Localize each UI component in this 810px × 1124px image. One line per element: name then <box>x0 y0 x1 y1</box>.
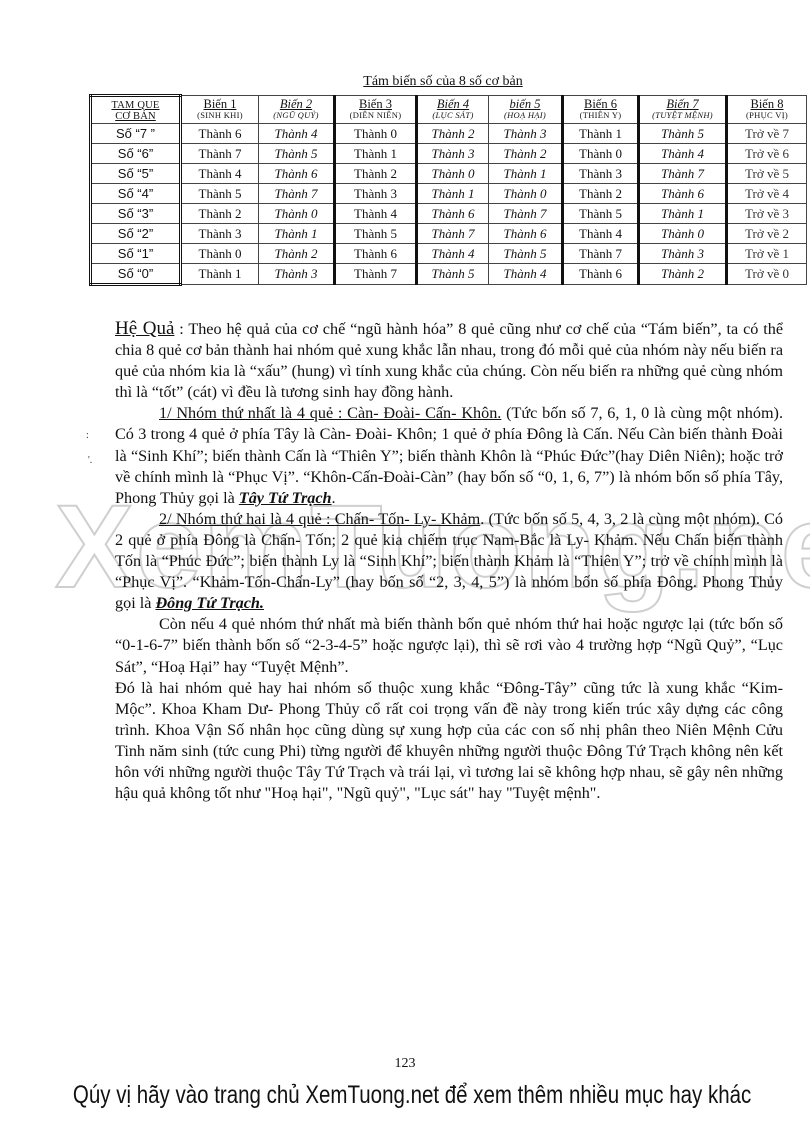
variation-cell: Thành 6 <box>259 164 335 184</box>
variation-cell: Thành 4 <box>563 224 639 244</box>
base-number-cell: Số “2” <box>91 224 181 244</box>
paragraph-group-2: 2/ Nhóm thứ hai là 4 quẻ : Chấn- Tốn- Ly… <box>115 509 783 614</box>
variation-cell: Thành 1 <box>417 184 489 204</box>
base-number-cell: Số “7 ” <box>91 124 181 144</box>
variation-cell: Thành 7 <box>335 264 417 285</box>
variation-cell: Trở về 5 <box>727 164 807 184</box>
variation-cell: Thành 6 <box>181 124 259 144</box>
variation-cell: Thành 0 <box>259 204 335 224</box>
variation-cell: Trở về 0 <box>727 264 807 285</box>
variation-cell: Thành 0 <box>335 124 417 144</box>
variation-cell: Thành 2 <box>489 144 563 164</box>
variation-cell: Thành 1 <box>335 144 417 164</box>
variation-cell: Thành 5 <box>181 184 259 204</box>
variation-cell: Thành 7 <box>181 144 259 164</box>
variation-cell: Thành 0 <box>417 164 489 184</box>
group-2-lead: 2/ Nhóm thứ hai là 4 quẻ : Chấn- Tốn- Ly… <box>159 510 480 528</box>
variation-cell: Thành 7 <box>259 184 335 204</box>
variation-cell: Thành 0 <box>563 144 639 164</box>
base-number-cell: Số “1” <box>91 244 181 264</box>
variation-cell: Thành 5 <box>639 124 727 144</box>
variation-cell: Thành 5 <box>335 224 417 244</box>
variation-cell: Thành 4 <box>335 204 417 224</box>
paragraph-cross-group: Còn nếu 4 quẻ nhóm thứ nhất mà biến thàn… <box>115 614 783 677</box>
variation-cell: Thành 2 <box>563 184 639 204</box>
header-bien-6: Biến 6(THIÊN Y) <box>563 96 639 124</box>
variation-cell: Thành 7 <box>639 164 727 184</box>
variation-cell: Thành 3 <box>335 184 417 204</box>
variation-cell: Trở về 4 <box>727 184 807 204</box>
variation-cell: Thành 3 <box>181 224 259 244</box>
variation-cell: Trở về 2 <box>727 224 807 244</box>
variation-cell: Thành 2 <box>181 204 259 224</box>
eight-variations-table: TAM QUE CƠ BẢN Biến 1(SINH KHI) Biến 2(N… <box>89 94 805 286</box>
group-1-lead: 1/ Nhóm thứ nhất là 4 quẻ : Càn- Đoài- C… <box>159 404 501 422</box>
variation-cell: Thành 5 <box>489 244 563 264</box>
variation-cell: Trở về 7 <box>727 124 807 144</box>
variation-cell: Thành 2 <box>639 264 727 285</box>
variation-cell: Thành 3 <box>563 164 639 184</box>
table-row: Số “2”Thành 3Thành 1Thành 5Thành 7Thành … <box>91 224 807 244</box>
variation-cell: Thành 3 <box>489 124 563 144</box>
variation-cell: Thành 1 <box>259 224 335 244</box>
paragraph-conclusion: Đó là hai nhóm quẻ hay hai nhóm số thuộc… <box>115 678 783 805</box>
variation-cell: Thành 0 <box>489 184 563 204</box>
term-dong-tu-trach: Đông Tứ Trạch. <box>155 594 263 612</box>
variation-cell: Thành 6 <box>417 204 489 224</box>
paragraph-group-1: 1/ Nhóm thứ nhất là 4 quẻ : Càn- Đoài- C… <box>115 403 783 508</box>
variation-cell: Thành 5 <box>417 264 489 285</box>
header-bien-8: Biến 8(PHỤC VỊ) <box>727 96 807 124</box>
variation-cell: Thành 7 <box>489 204 563 224</box>
footer-promo: Qúy vị hãy vào trang chủ XemTuong.net để… <box>73 1081 737 1110</box>
variations-table: TAM QUE CƠ BẢN Biến 1(SINH KHI) Biến 2(N… <box>89 94 807 286</box>
variation-cell: Trở về 6 <box>727 144 807 164</box>
header-bien-7: Biến 7(TUYỆT MỆNH) <box>639 96 727 124</box>
variation-cell: Thành 5 <box>259 144 335 164</box>
table-row: Số “5”Thành 4Thành 6Thành 2Thành 0Thành … <box>91 164 807 184</box>
base-number-cell: Số “4” <box>91 184 181 204</box>
variation-cell: Thành 7 <box>417 224 489 244</box>
variation-cell: Thành 4 <box>639 144 727 164</box>
margin-mark: : <box>86 430 89 441</box>
margin-mark: '. <box>88 455 92 466</box>
base-number-cell: Số “0” <box>91 264 181 285</box>
table-header-row: TAM QUE CƠ BẢN Biến 1(SINH KHI) Biến 2(N… <box>91 96 807 124</box>
base-number-cell: Số “5” <box>91 164 181 184</box>
variation-cell: Thành 3 <box>259 264 335 285</box>
variation-cell: Thành 1 <box>563 124 639 144</box>
variation-cell: Thành 0 <box>181 244 259 264</box>
term-tay-tu-trach: Tây Tứ Trạch <box>239 489 332 507</box>
paragraph-he-qua: Hệ Quả : Theo hệ quả của cơ chế “ngũ hàn… <box>115 318 783 403</box>
variation-cell: Trở về 1 <box>727 244 807 264</box>
variation-cell: Thành 6 <box>639 184 727 204</box>
variation-cell: Thành 4 <box>417 244 489 264</box>
header-bien-3: Biến 3(DIÊN NIÊN) <box>335 96 417 124</box>
variation-cell: Thành 4 <box>181 164 259 184</box>
variation-cell: Thành 4 <box>489 264 563 285</box>
table-row: Số “0”Thành 1Thành 3Thành 7Thành 5Thành … <box>91 264 807 285</box>
base-number-cell: Số “3” <box>91 204 181 224</box>
header-bien-1: Biến 1(SINH KHI) <box>181 96 259 124</box>
header-bien-2: Biến 2(NGŨ QUỶ) <box>259 96 335 124</box>
header-bien-5: biến 5(HOẠ HẠI) <box>489 96 563 124</box>
variation-cell: Thành 3 <box>417 144 489 164</box>
variation-cell: Thành 1 <box>489 164 563 184</box>
variation-cell: Thành 6 <box>489 224 563 244</box>
variation-cell: Thành 7 <box>563 244 639 264</box>
table-row: Số “3”Thành 2Thành 0Thành 4Thành 6Thành … <box>91 204 807 224</box>
variation-cell: Thành 2 <box>259 244 335 264</box>
page-number: 123 <box>0 1056 810 1072</box>
variation-cell: Thành 4 <box>259 124 335 144</box>
header-corner: TAM QUE CƠ BẢN <box>91 96 181 124</box>
variation-cell: Thành 3 <box>639 244 727 264</box>
variation-cell: Thành 1 <box>181 264 259 285</box>
variation-cell: Thành 6 <box>563 264 639 285</box>
variation-cell: Thành 1 <box>639 204 727 224</box>
table-row: Số “1”Thành 0Thành 2Thành 6Thành 4Thành … <box>91 244 807 264</box>
header-bien-4: Biến 4(LỤC SÁT) <box>417 96 489 124</box>
table-row: Số “4”Thành 5Thành 7Thành 3Thành 1Thành … <box>91 184 807 204</box>
table-row: Số “6”Thành 7Thành 5Thành 1Thành 3Thành … <box>91 144 807 164</box>
variation-cell: Trở về 3 <box>727 204 807 224</box>
variation-cell: Thành 5 <box>563 204 639 224</box>
variation-cell: Thành 6 <box>335 244 417 264</box>
section-heading: Hệ Quả <box>115 318 174 339</box>
variation-cell: Thành 2 <box>417 124 489 144</box>
base-number-cell: Số “6” <box>91 144 181 164</box>
body-text: Hệ Quả : Theo hệ quả của cơ chế “ngũ hàn… <box>115 318 783 804</box>
table-title: Tám biến số của 8 số cơ bản <box>0 74 810 90</box>
variation-cell: Thành 0 <box>639 224 727 244</box>
variation-cell: Thành 2 <box>335 164 417 184</box>
table-row: Số “7 ”Thành 6Thành 4Thành 0Thành 2Thành… <box>91 124 807 144</box>
